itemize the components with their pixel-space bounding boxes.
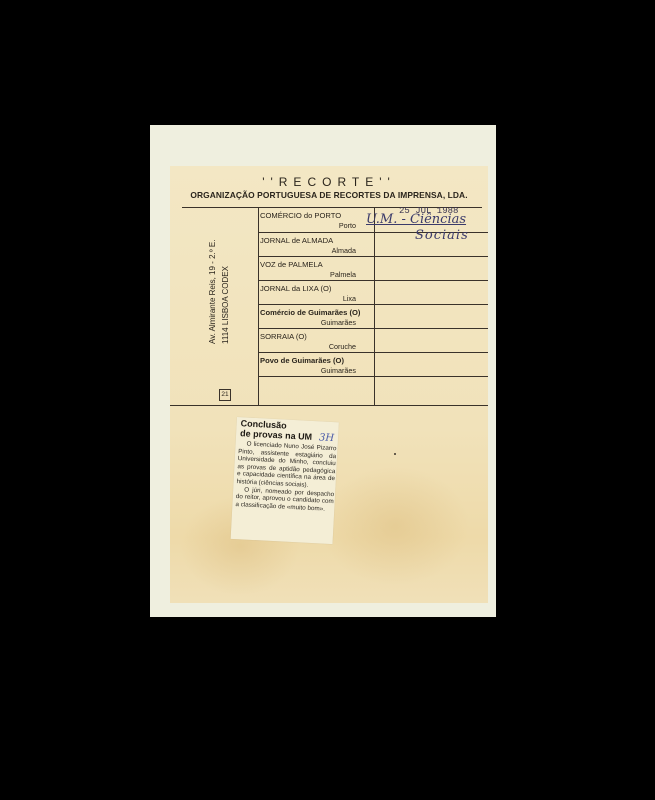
handwritten-note-line-1: U.M. - Ciências [366,212,466,227]
publication-row: COMÉRCIO do PORTO Porto [258,208,362,232]
clipping-body: O licenciado Nuno José Pizarro Pinto, as… [235,440,336,513]
recorte-clipping-card: ''RECORTE'' ORGANIZAÇÃO PORTUGUESA DE RE… [170,166,488,603]
publication-row: SORRAIA (O) Coruche [258,329,362,353]
clipping-paragraph: O júri, nomeado por despacho do reitor, … [235,486,334,514]
publication-row: Comércio de Guimarães (O) Guimarães [258,305,362,329]
clipping-headline: Conclusão de provas na UM [240,418,313,442]
publication-city: Lixa [343,294,356,303]
publication-name: COMÉRCIO do PORTO [260,211,341,220]
card-title: ''RECORTE'' [170,175,488,189]
newspaper-clipping: Conclusão de provas na UM 3H O licenciad… [231,417,339,544]
publication-city: Coruche [329,342,356,351]
publication-city: Guimarães [321,318,356,327]
clipping-handwritten-ref: 3H [319,432,335,444]
publication-row: JORNAL da LIXA (O) Lixa [258,281,362,305]
publication-name: VOZ de PALMELA [260,260,323,269]
publication-city: Palmela [330,270,356,279]
publication-row: Povo de Guimarães (O) Guimarães [258,353,362,377]
clipping-paragraph: O licenciado Nuno José Pizarro Pinto, as… [236,440,336,491]
paper-stain [320,466,470,586]
publication-city: Guimarães [321,366,356,375]
publication-row: VOZ de PALMELA Palmela [258,257,362,281]
publication-name: SORRAIA (O) [260,332,307,341]
publication-name: JORNAL de ALMADA [260,236,333,245]
publication-row: JORNAL de ALMADA Almada [258,233,362,257]
handwritten-note-line-2: Sociais [415,228,469,243]
publication-name: Comércio de Guimarães (O) [260,308,360,317]
card-subtitle: ORGANIZAÇÃO PORTUGUESA DE RECORTES DA IM… [170,190,488,200]
publication-city: Porto [339,221,356,230]
address-line-2: 1114 LISBOA CODEX [219,240,232,344]
publication-city: Almada [332,246,356,255]
page-number-box: 21 [219,389,231,401]
table-bottom-rule [170,405,488,406]
ink-speck [394,453,396,455]
publication-name: Povo de Guimarães (O) [260,356,344,365]
publication-name: JORNAL da LIXA (O) [260,284,331,293]
address-line-1: Av. Almirante Reis, 19 - 2.º E. [206,240,219,344]
company-address: Av. Almirante Reis, 19 - 2.º E. 1114 LIS… [206,240,232,344]
